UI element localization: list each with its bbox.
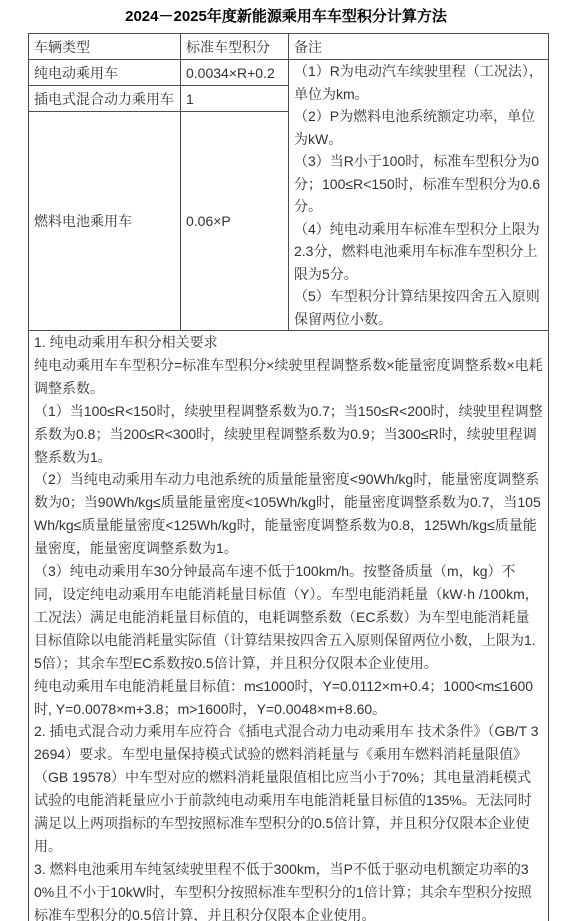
note-paragraph: （1）当100≤R<150时，续驶里程调整系数为0.7；当150≤R<200时，… — [34, 400, 543, 469]
document-title: 2024－2025年度新能源乘用车车型积分计算方法 — [0, 0, 572, 26]
cell-vehicle-type-bev: 纯电动乘用车 — [29, 60, 181, 86]
cell-score-formula-fcev: 0.06×P — [181, 112, 289, 331]
remark-item: （3）当R小于100时，标准车型积分为0分；100≤R<150时，标准车型积分为… — [294, 150, 543, 218]
remarks-cell: （1）R为电动汽车续驶里程（工况法），单位为km。 （2）P为燃料电池系统额定功… — [289, 60, 549, 331]
table-header-row: 车辆类型 标准车型积分 备注 — [29, 34, 549, 60]
note-paragraph: 3. 燃料电池乘用车纯氢续驶里程不低于300km，当P不低于驱动电机额定功率的3… — [34, 858, 543, 921]
table-row: 纯电动乘用车 0.0034×R+0.2 （1）R为电动汽车续驶里程（工况法），单… — [29, 60, 549, 86]
remark-item: （2）P为燃料电池系统额定功率，单位为kW。 — [294, 105, 543, 150]
column-header-standard-score: 标准车型积分 — [181, 34, 289, 60]
document-page: 2024－2025年度新能源乘用车车型积分计算方法 车辆类型 标准车型积分 备注… — [0, 0, 572, 921]
note-paragraph: 纯电动乘用车车型积分=标准车型积分×续驶里程调整系数×能量密度调整系数×电耗调整… — [34, 354, 543, 400]
column-header-remark: 备注 — [289, 34, 549, 60]
notes-cell: 1. 纯电动乘用车积分相关要求 纯电动乘用车车型积分=标准车型积分×续驶里程调整… — [29, 331, 549, 921]
cell-score-formula-phev: 1 — [181, 86, 289, 112]
notes-row: 1. 纯电动乘用车积分相关要求 纯电动乘用车车型积分=标准车型积分×续驶里程调整… — [29, 331, 549, 921]
remark-item: （1）R为电动汽车续驶里程（工况法），单位为km。 — [294, 60, 543, 105]
note-paragraph: （2）当纯电动乘用车动力电池系统的质量能量密度<90Wh/kg时，能量密度调整系… — [34, 468, 543, 560]
note-paragraph: 2. 插电式混合动力乘用车应符合《插电式混合动力电动乘用车 技术条件》（GB/T… — [34, 720, 543, 857]
score-calculation-table: 车辆类型 标准车型积分 备注 纯电动乘用车 0.0034×R+0.2 （1）R为… — [28, 33, 549, 921]
cell-score-formula-bev: 0.0034×R+0.2 — [181, 60, 289, 86]
note-paragraph: （3）纯电动乘用车30分钟最高车速不低于100km/h。按整备质量（m，kg）不… — [34, 560, 543, 675]
cell-vehicle-type-phev: 插电式混合动力乘用车 — [29, 86, 181, 112]
note-paragraph: 纯电动乘用车电能消耗量目标值：m≤1000时，Y=0.0112×m+0.4；10… — [34, 675, 543, 721]
column-header-vehicle-type: 车辆类型 — [29, 34, 181, 60]
cell-vehicle-type-fcev: 燃料电池乘用车 — [29, 112, 181, 331]
note-paragraph: 1. 纯电动乘用车积分相关要求 — [34, 331, 543, 354]
remark-item: （5）车型积分计算结果按四舍五入原则保留两位小数。 — [294, 285, 543, 330]
remark-item: （4）纯电动乘用车标准车型积分上限为2.3分，燃料电池乘用车标准车型积分上限为5… — [294, 218, 543, 286]
